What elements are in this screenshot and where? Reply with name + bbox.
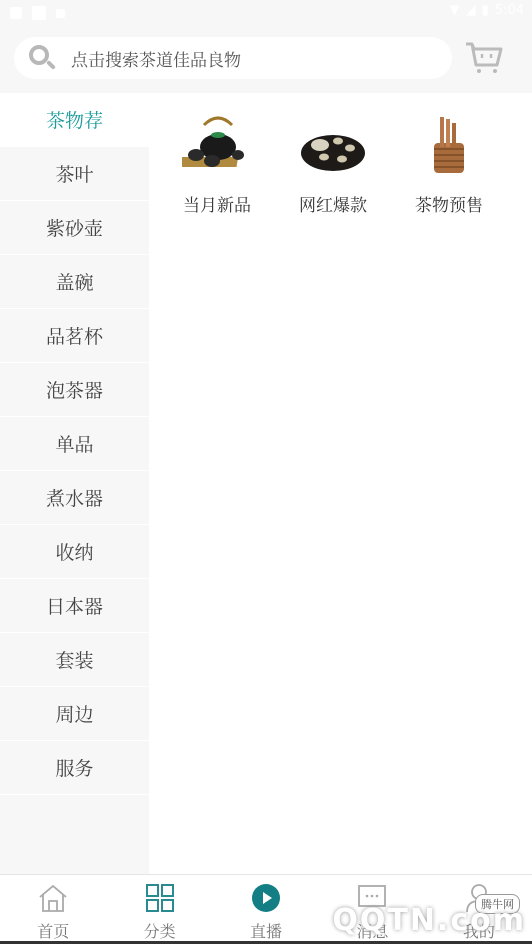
wifi-icon: ▼ <box>450 3 460 18</box>
notification-icons <box>10 6 65 20</box>
category-new-this-month[interactable]: 当月新品 <box>159 113 275 216</box>
battery-icon: ▮ <box>482 3 489 18</box>
category-presale[interactable]: 茶物预售 <box>391 113 507 216</box>
category-label: 当月新品 <box>183 191 251 216</box>
tab-label: 直播 <box>250 919 282 942</box>
sidebar-item-cups[interactable]: 品茗杯 <box>0 309 149 363</box>
clock: 5:04 <box>495 3 524 18</box>
home-icon <box>38 883 68 913</box>
sidebar-item-japanese[interactable]: 日本器 <box>0 579 149 633</box>
sidebar-item-storage[interactable]: 收纳 <box>0 525 149 579</box>
tab-label: 首页 <box>37 919 69 942</box>
category-trending[interactable]: 网红爆款 <box>275 113 391 216</box>
tab-category[interactable]: 分类 <box>106 875 212 944</box>
sidebar-item-tea[interactable]: 茶叶 <box>0 147 149 201</box>
watermark: QQTN.com <box>332 903 526 938</box>
sidebar-item-service[interactable]: 服务 <box>0 741 149 795</box>
sidebar-item-zisha-pot[interactable]: 紫砂壶 <box>0 201 149 255</box>
sidebar-item-recommend[interactable]: 茶物荐 <box>0 93 149 147</box>
category-label: 网红爆款 <box>299 191 367 216</box>
teapot-set-image <box>182 113 252 177</box>
tab-home[interactable]: 首页 <box>0 875 106 944</box>
category-grid: 当月新品 网红爆款 <box>149 93 532 216</box>
status-bar: ▼ ◢ ▮ 5:04 <box>0 0 532 30</box>
notification-icon <box>32 6 46 20</box>
header: 点击搜索茶道佳品良物 <box>0 30 532 90</box>
tab-live[interactable]: 直播 <box>213 875 319 944</box>
notification-icon <box>56 9 65 18</box>
search-placeholder: 点击搜索茶道佳品良物 <box>71 46 241 71</box>
notification-icon <box>10 7 22 19</box>
sidebar-item-sets[interactable]: 套装 <box>0 633 149 687</box>
content: 茶物荐 茶叶 紫砂壶 盖碗 品茗杯 泡茶器 单品 煮水器 收纳 日本器 套装 周… <box>0 90 532 874</box>
category-label: 茶物预售 <box>415 191 483 216</box>
sidebar-item-kettles[interactable]: 煮水器 <box>0 471 149 525</box>
search-icon <box>27 43 57 73</box>
cart-icon[interactable] <box>464 41 504 75</box>
category-content: 当月新品 网红爆款 <box>149 93 532 874</box>
sidebar-item-gaiwan[interactable]: 盖碗 <box>0 255 149 309</box>
signal-icon: ◢ <box>466 3 476 18</box>
category-sidebar: 茶物荐 茶叶 紫砂壶 盖碗 品茗杯 泡茶器 单品 煮水器 收纳 日本器 套装 周… <box>0 93 149 874</box>
system-icons: ▼ ◢ ▮ 5:04 <box>450 3 524 18</box>
tea-tray-image <box>298 113 368 177</box>
tea-tools-image <box>414 113 484 177</box>
sidebar-item-brewers[interactable]: 泡茶器 <box>0 363 149 417</box>
grid-icon <box>145 883 175 913</box>
search-bar[interactable]: 点击搜索茶道佳品良物 <box>14 37 452 79</box>
sidebar-item-peripherals[interactable]: 周边 <box>0 687 149 741</box>
tab-label: 分类 <box>144 919 176 942</box>
play-icon <box>251 883 281 913</box>
sidebar-item-single[interactable]: 单品 <box>0 417 149 471</box>
